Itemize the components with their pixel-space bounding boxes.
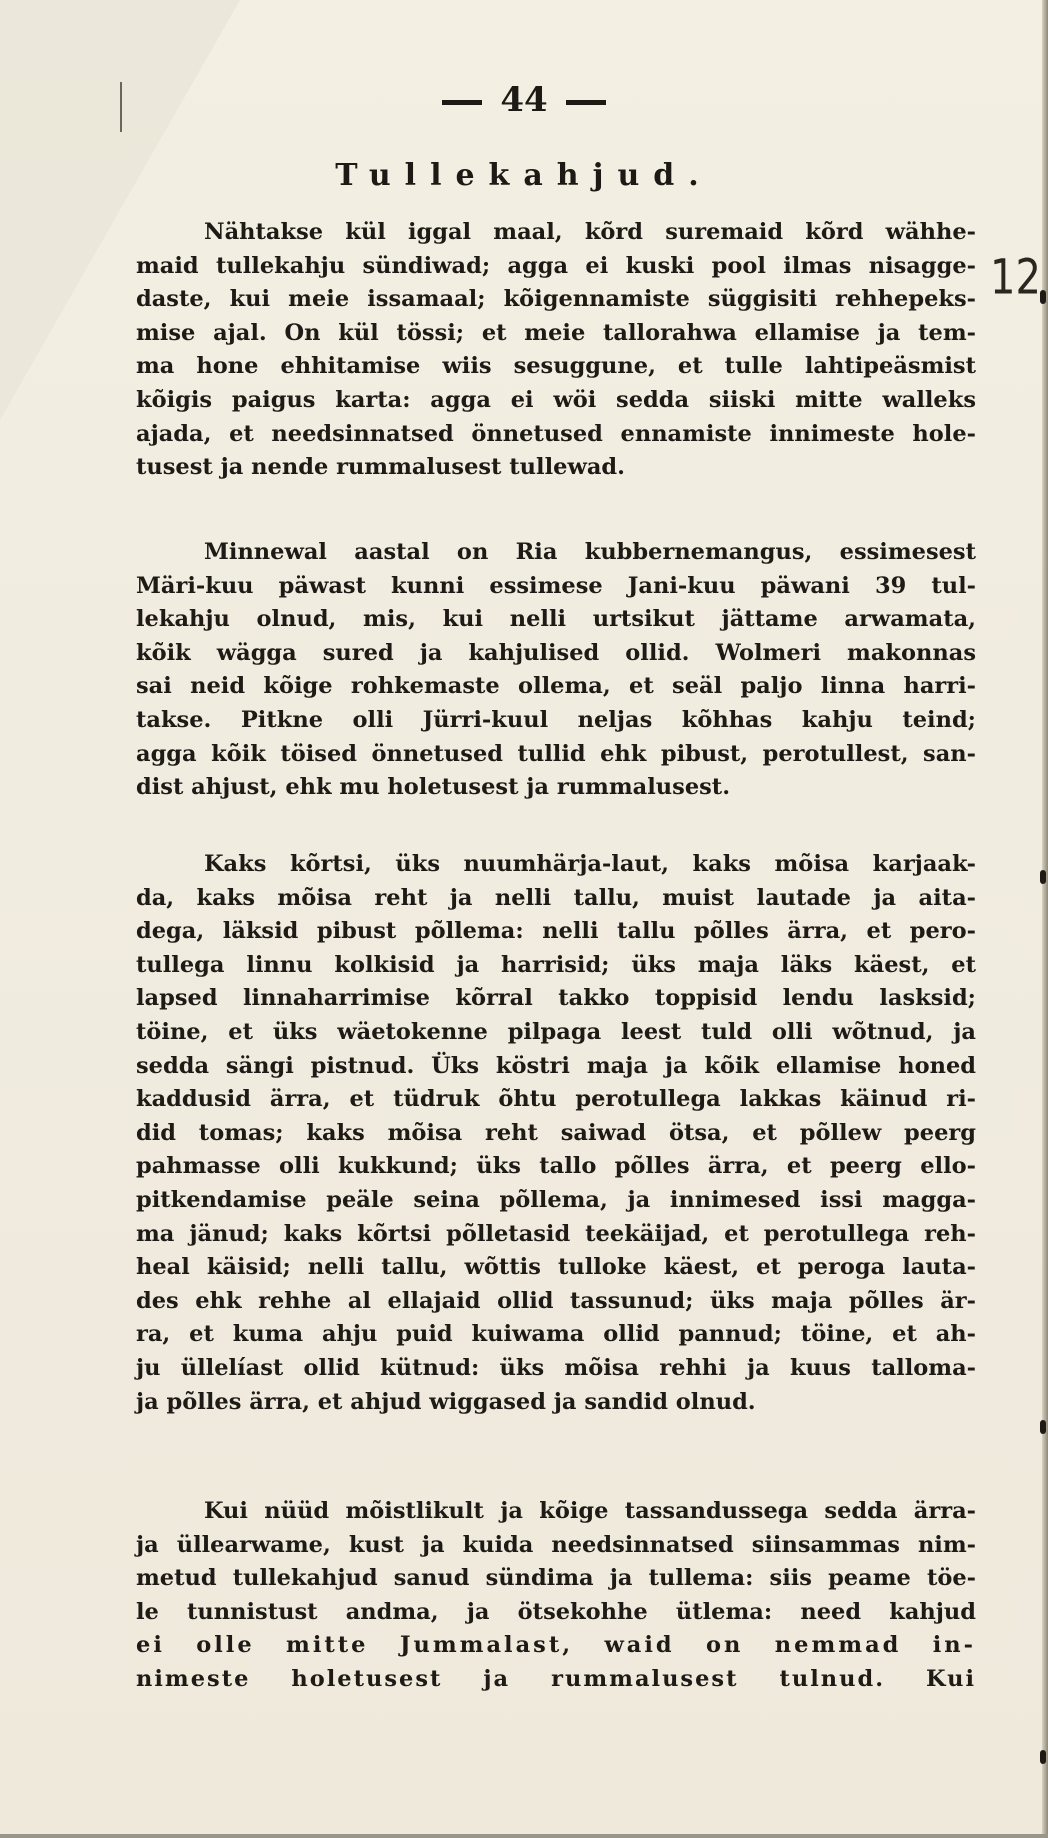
text-line: ju üllelíast ollid kütnud: üks mõisa reh…	[136, 1352, 976, 1386]
text-line: ma hone ehhitamise wiis sesuggune, et tu…	[136, 350, 976, 384]
paragraph-2: Minnewal aastal on Ria kubbernemangus, e…	[136, 536, 976, 805]
text-line: Märi-kuu päwast kunni essimese Jani-kuu …	[136, 570, 976, 604]
text-line: mise ajal. On kül tössi; et meie tallora…	[136, 317, 976, 351]
text-line: daste, kui meie issamaal; kõigennamiste …	[136, 283, 976, 317]
text-line-spaced: ei olle mitte Jummalast, waid on nemmad …	[136, 1629, 976, 1663]
handwritten-margin-note: 12	[990, 250, 1041, 305]
page-number-header: 44	[0, 80, 1048, 120]
margin-ink-mark	[1040, 1750, 1046, 1764]
text-line: ja põlles ärra, et ahjud wiggased ja san…	[136, 1386, 976, 1420]
text-line: ra, et kuma ahju puid kuiwama ollid pann…	[136, 1318, 976, 1352]
text-line: pitkendamise peäle seina põllema, ja inn…	[136, 1184, 976, 1218]
text-line: ja üllearwame, kust ja kuida needsinnats…	[136, 1529, 976, 1563]
text-line: kõigis paigus karta: agga ei wöi sedda s…	[136, 384, 976, 418]
text-line: tullega linnu kolkisid ja harrisid; üks …	[136, 949, 976, 983]
text-line: tusest ja nende rummalusest tullewad.	[136, 451, 976, 485]
margin-ink-mark	[1040, 870, 1046, 884]
text-line: pahmasse olli kukkund; üks tallo põlles …	[136, 1150, 976, 1184]
paragraph-3: Kaks kõrtsi, üks nuumhärja-laut, kaks mõ…	[136, 848, 976, 1419]
text-line: ajada, et needsinnatsed önnetused ennami…	[136, 418, 976, 452]
text-line: lapsed linnaharrimise kõrral takko toppi…	[136, 982, 976, 1016]
text-line: Kui nüüd mõistlikult ja kõige tassanduss…	[136, 1495, 976, 1529]
text-line-spaced: nimeste holetusest ja rummalusest tulnud…	[136, 1663, 976, 1697]
text-line: des ehk rehhe al ellajaid ollid tassunud…	[136, 1285, 976, 1319]
text-line: kaddusid ärra, et tüdruk õhtu perotulleg…	[136, 1083, 976, 1117]
text-line: dega, läksid pibust põllema: nelli tallu…	[136, 915, 976, 949]
page-number: 44	[500, 80, 547, 120]
scanned-page: 44 Tullekahjud. 12 Nähtakse kül iggal ma…	[0, 0, 1048, 1838]
paragraph-1: Nähtakse kül iggal maal, kõrd suremaid k…	[136, 216, 976, 485]
text-line: metud tullekahjud sanud sündima ja tulle…	[136, 1562, 976, 1596]
text-line: Kaks kõrtsi, üks nuumhärja-laut, kaks mõ…	[136, 848, 976, 882]
text-line: heal käisid; nelli tallu, wõttis tulloke…	[136, 1251, 976, 1285]
text-line: Minnewal aastal on Ria kubbernemangus, e…	[136, 536, 976, 570]
paragraph-4: Kui nüüd mõistlikult ja kõige tassanduss…	[136, 1495, 976, 1697]
dash-right	[566, 100, 606, 105]
margin-ink-mark	[1040, 290, 1046, 304]
text-line: töine, et üks wäetokenne pilpaga leest t…	[136, 1016, 976, 1050]
text-line: agga kõik töised önnetused tullid ehk pi…	[136, 738, 976, 772]
text-line: ma jänud; kaks kõrtsi põlletasid teekäij…	[136, 1218, 976, 1252]
text-line: Nähtakse kül iggal maal, kõrd suremaid k…	[136, 216, 976, 250]
margin-ink-mark	[1040, 1420, 1046, 1434]
section-title: Tullekahjud.	[0, 158, 1048, 193]
text-line: did tomas; kaks mõisa reht saiwad ötsa, …	[136, 1117, 976, 1151]
text-line: da, kaks mõisa reht ja nelli tallu, muis…	[136, 882, 976, 916]
text-line: le tunnistust andma, ja ötsekohhe ütlema…	[136, 1596, 976, 1630]
page-edge-bottom	[0, 1834, 1048, 1838]
text-line: takse. Pitkne olli Jürri-kuul neljas kõh…	[136, 704, 976, 738]
text-line: dist ahjust, ehk mu holetusest ja rummal…	[136, 771, 976, 805]
text-line: sai neid kõige rohkemaste ollema, et seä…	[136, 670, 976, 704]
page-edge-right	[1042, 0, 1048, 1838]
text-line: kõik wägga sured ja kahjulised ollid. Wo…	[136, 637, 976, 671]
text-line: maid tullekahju sündiwad; agga ei kuski …	[136, 250, 976, 284]
text-line: lekahju olnud, mis, kui nelli urtsikut j…	[136, 603, 976, 637]
text-line: sedda sängi pistnud. Üks köstri maja ja …	[136, 1050, 976, 1084]
dash-left	[442, 100, 482, 105]
